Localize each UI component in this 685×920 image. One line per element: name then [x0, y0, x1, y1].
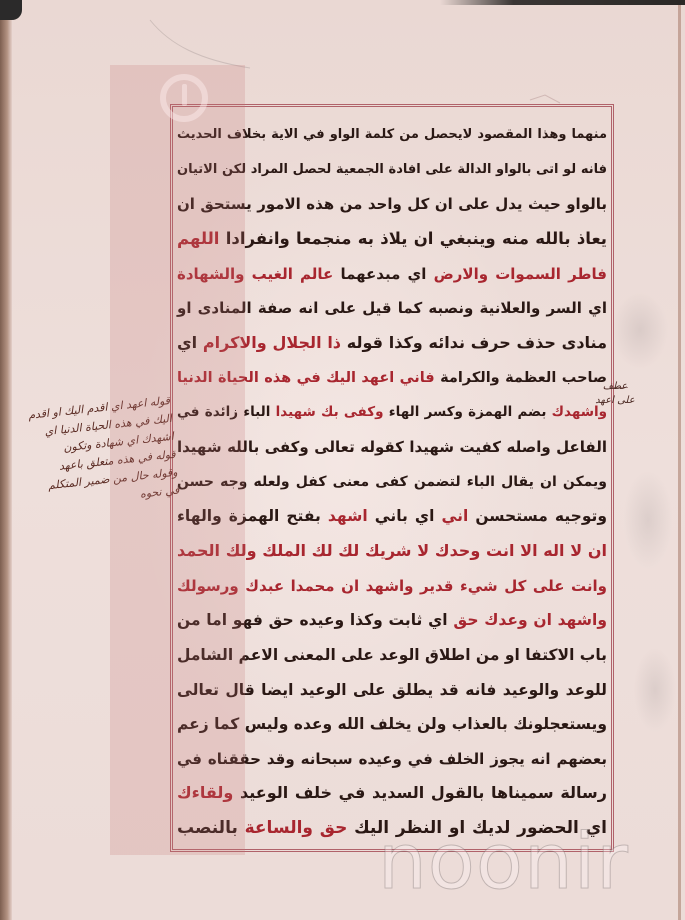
rubric-segment: اني	[441, 507, 468, 525]
text-segment: صاحب العظمة والكرامة	[440, 370, 607, 386]
rubric-segment: اشهد	[328, 507, 368, 525]
margin-note-line: على اعهد	[586, 394, 644, 408]
right-margin-note: عطف على اعهد	[586, 380, 644, 408]
text-segment: اي مبدعهما	[340, 265, 426, 283]
rubric-segment: فاطر السموات والارض	[434, 265, 607, 283]
text-segment: بضم الهمزة وكسر الهاء	[389, 404, 547, 420]
margin-note-line: عطف	[586, 380, 644, 394]
rubric-segment: وكفى بك شهيدا	[276, 404, 384, 420]
text-segment: وتوجيه مستحسن	[475, 507, 607, 525]
scan-corner-shadow	[0, 0, 22, 20]
text-segment: منادى حذف حرف ندائه وكذا قوله	[347, 333, 607, 352]
watermark-tint-bar	[110, 65, 245, 855]
text-segment: يعاذ بالله منه وينبغي ان يلاذ به منجمعا …	[226, 229, 607, 248]
watermark-text: noonir	[378, 824, 629, 901]
text-segment: رسالة سميناها بالقول السديد في خلف الوعي…	[240, 783, 607, 802]
rubric-segment: حق والساعة	[245, 818, 348, 838]
library-logo-icon	[160, 74, 208, 122]
text-segment: اي باني	[375, 507, 435, 525]
page-left-edge	[0, 0, 12, 920]
page-right-edge	[678, 5, 681, 920]
logo-mark	[182, 84, 187, 106]
rubric-segment: واشهد ان وعدك حق	[453, 611, 607, 629]
page-top-edge	[440, 0, 685, 5]
